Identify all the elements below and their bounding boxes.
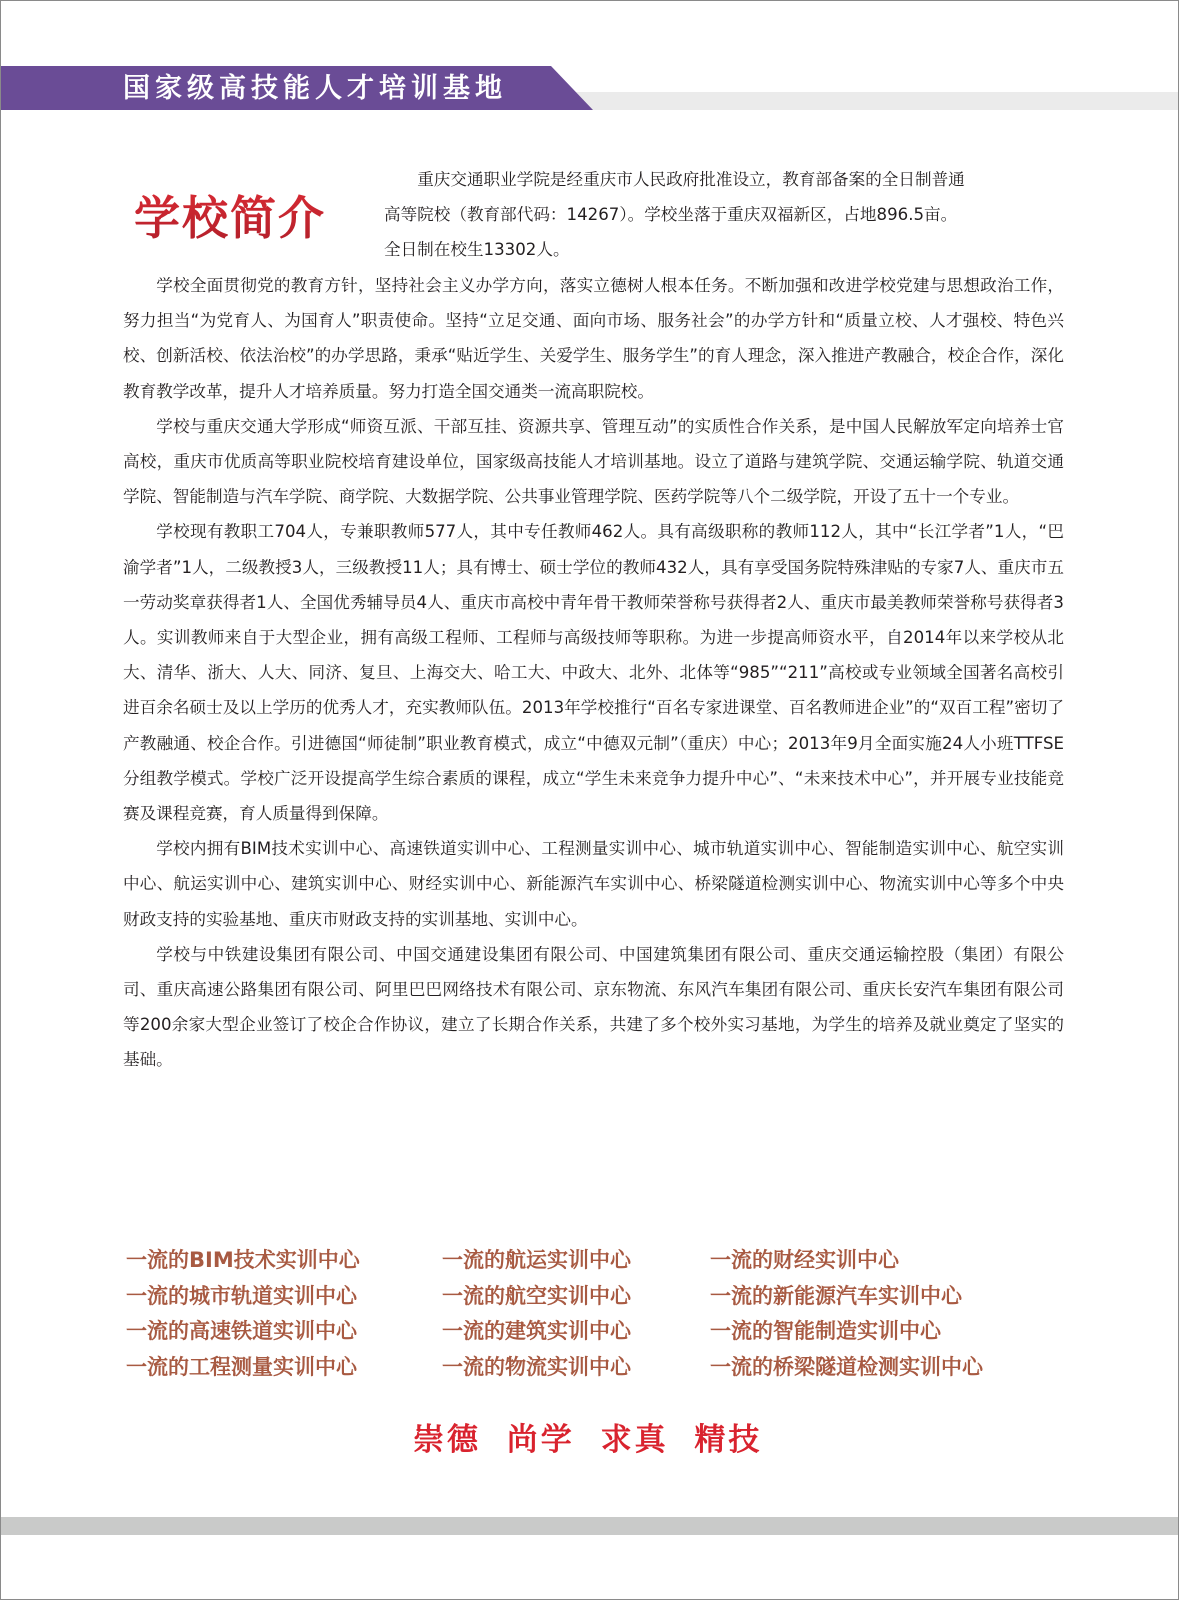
highlight-item: 一流的桥梁隧道检测实训中心 (710, 1351, 983, 1383)
highlights-row: 一流的BIM技术实训中心 一流的航运实训中心 一流的财经实训中心 (126, 1244, 1066, 1280)
highlight-item: 一流的智能制造实训中心 (710, 1315, 941, 1347)
paragraph-faculty: 学校现有教职工704人，专兼职教师577人，其中专任教师462人。具有高级职称的… (123, 514, 1064, 831)
main-body: 学校全面贯彻党的教育方针，坚持社会主义办学方向，落实立德树人根本任务。不断加强和… (123, 268, 1064, 1078)
paragraph-training-centers: 学校内拥有BIM技术实训中心、高速铁道实训中心、工程测量实训中心、城市轨道实训中… (123, 831, 1064, 937)
highlights-grid: 一流的BIM技术实训中心 一流的航运实训中心 一流的财经实训中心 一流的城市轨道… (126, 1244, 1066, 1386)
paragraph-enterprise-cooperation: 学校与中铁建设集团有限公司、中国交通建设集团有限公司、中国建筑集团有限公司、重庆… (123, 937, 1064, 1078)
highlight-item: 一流的城市轨道实训中心 (126, 1280, 357, 1312)
intro-line-3: 全日制在校生13302人。 (384, 232, 1064, 267)
highlights-row: 一流的工程测量实训中心 一流的物流实训中心 一流的桥梁隧道检测实训中心 (126, 1351, 1066, 1387)
highlight-item: 一流的高速铁道实训中心 (126, 1315, 357, 1347)
footer-bar (1, 1517, 1178, 1535)
paragraph-partnership: 学校与重庆交通大学形成“师资互派、干部互挂、资源共享、管理互动”的实质性合作关系… (123, 409, 1064, 515)
section-heading: 学校简介 (134, 190, 326, 246)
highlights-row: 一流的高速铁道实训中心 一流的建筑实训中心 一流的智能制造实训中心 (126, 1315, 1066, 1351)
motto-word: 尚学 (507, 1422, 575, 1458)
school-motto: 崇德 尚学 求真 精技 (413, 1418, 774, 1462)
motto-word: 崇德 (413, 1422, 481, 1458)
banner-title: 国家级高技能人才培训基地 (123, 71, 507, 105)
highlight-item: 一流的财经实训中心 (710, 1244, 899, 1276)
intro-line-2: 高等院校（教育部代码：14267）。学校坐落于重庆双福新区，占地896.5亩。 (384, 197, 1064, 232)
intro-paragraph: 重庆交通职业学院是经重庆市人民政府批准设立，教育部备案的全日制普通 高等院校（教… (384, 162, 1064, 268)
paragraph-mission: 学校全面贯彻党的教育方针，坚持社会主义办学方向，落实立德树人根本任务。不断加强和… (123, 268, 1064, 409)
highlights-row: 一流的城市轨道实训中心 一流的航空实训中心 一流的新能源汽车实训中心 (126, 1280, 1066, 1316)
motto-word: 精技 (694, 1422, 762, 1458)
highlight-item: 一流的建筑实训中心 (442, 1315, 631, 1347)
highlight-item: 一流的BIM技术实训中心 (126, 1244, 360, 1276)
highlight-item: 一流的物流实训中心 (442, 1351, 631, 1383)
top-banner: 国家级高技能人才培训基地 (1, 66, 1178, 110)
highlight-item: 一流的航空实训中心 (442, 1280, 631, 1312)
intro-line-1: 重庆交通职业学院是经重庆市人民政府批准设立，教育部备案的全日制普通 (384, 162, 1064, 197)
highlight-item: 一流的新能源汽车实训中心 (710, 1280, 962, 1312)
motto-word: 求真 (601, 1422, 669, 1458)
highlight-item: 一流的航运实训中心 (442, 1244, 631, 1276)
highlight-item: 一流的工程测量实训中心 (126, 1351, 357, 1383)
banner-gray-stripe (561, 92, 1178, 110)
